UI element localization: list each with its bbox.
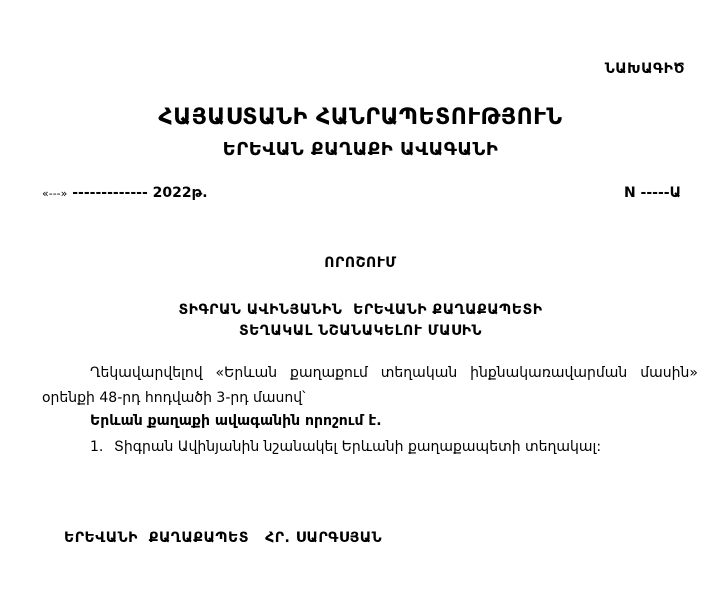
- body-paragraph: Ղեկավարվելով «Երևան քաղաքում տեղական ինք…: [90, 365, 698, 381]
- date-day-placeholder: «---»: [42, 187, 67, 200]
- list-item-text: Տիգրան Ավինյանին նշանակել Երևանի քաղաքապ…: [114, 439, 601, 455]
- document-number: N -----Ա: [624, 185, 681, 201]
- paragraph-word: մասին»: [640, 365, 698, 381]
- paragraph-word: ինքնակառավարման: [470, 365, 627, 381]
- draft-label: ՆԱԽԱԳԻԾ: [605, 61, 685, 77]
- body-paragraph-continuation: օրենքի 48-րդ հոդվածի 3-րդ մասով՝: [42, 390, 305, 406]
- list-item-number: 1.: [90, 439, 114, 455]
- document-header-title: ՀԱՅԱՍՏԱՆԻ ՀԱՆՐԱՊԵՏՈՒԹՅՈՒՆ: [0, 105, 721, 130]
- signature-line: ԵՐԵՎԱՆԻ ՔԱՂԱՔԱՊԵՏ ՀՐ. ՍԱՐԳՍՅԱՆ: [64, 530, 382, 546]
- list-item: 1. Տիգրան Ավինյանին նշանակել Երևանի քաղա…: [90, 439, 601, 455]
- paragraph-word: Ղեկավարվելով: [90, 365, 203, 381]
- document-type-heading: ՈՐՈՇՈՒՄ: [0, 255, 721, 271]
- subject-line-2: ՏԵՂԱԿԱԼ ՆՇԱՆԱԿԵԼՈՒ ՄԱՍԻՆ: [0, 323, 721, 339]
- subject-line-1: ՏԻԳՐԱՆ ԱՎԻՆՅԱՆԻՆ ԵՐԵՎԱՆԻ ՔԱՂԱՔԱՊԵՏԻ: [0, 302, 721, 318]
- date-line: «---» ------------- 2022թ.: [42, 185, 208, 201]
- resolve-line: Երևան քաղաքի ավագանին որոշում է.: [90, 413, 382, 429]
- paragraph-word: քաղաքում: [290, 365, 368, 381]
- paragraph-word: տեղական: [381, 365, 457, 381]
- document-header-subtitle: ԵՐԵՎԱՆ ՔԱՂԱՔԻ ԱՎԱԳԱՆԻ: [0, 139, 721, 160]
- paragraph-word: «Երևան: [216, 365, 278, 381]
- date-text: ------------- 2022թ.: [67, 185, 207, 201]
